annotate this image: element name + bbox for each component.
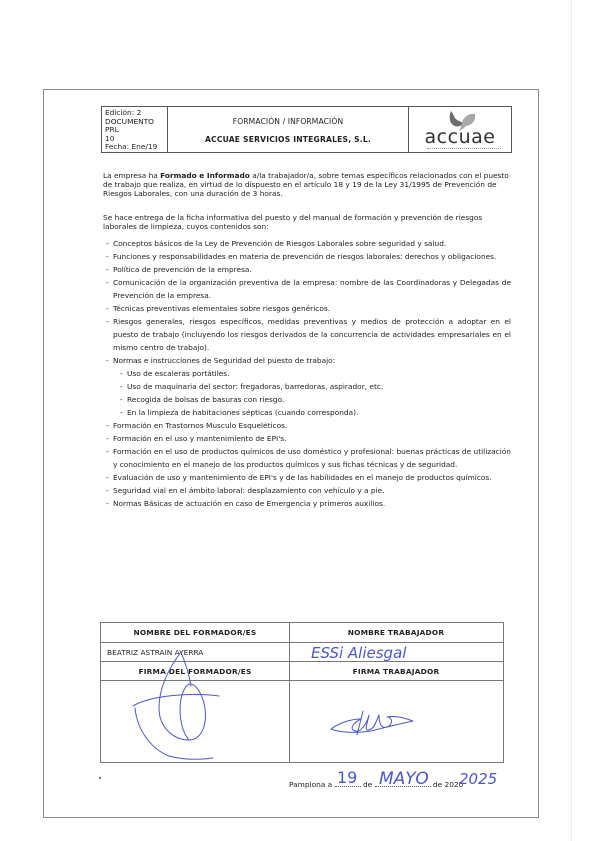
worker-signature-field[interactable] [289,681,503,762]
place-date-line: Pamplona a 19 de MAYO de 2020 2025 [289,778,463,789]
list-item: -Funciones y responsabilidades en materi… [106,250,511,263]
list-item: -Seguridad vial en el ámbito laboral: de… [106,484,511,497]
trainer-signature-header: FIRMA DEL FORMADOR/ES [101,662,289,681]
intro-text-start: La empresa ha [103,171,160,180]
svg-text:ESSi Aliesgal: ESSi Aliesgal [311,644,407,662]
list-item: -Formación en Trastornos Musculo Esquelé… [106,419,511,432]
day-field[interactable]: 19 [335,778,361,787]
intro-paragraph: La empresa ha Formado e Informado a/la t… [103,171,513,198]
intro-bold-text: Formado e Informado [160,171,250,180]
list-item: -Conceptos básicos de la Ley de Prevenci… [106,237,511,250]
place-prefix: Pamplona a [289,780,332,789]
list-item: -Normas e instrucciones de Seguridad del… [106,354,511,367]
document-meta: Edición: 2 DOCUMENTO PRL 10 Fecha: Ene/1… [102,107,168,152]
company-name: ACCUAE SERVICIOS INTEGRALES, S.L. [205,135,371,144]
company-logo: accuae [409,107,511,152]
sub-list-item: -Recogida de bolsas de basuras con riesg… [106,393,511,406]
document-header: Edición: 2 DOCUMENTO PRL 10 Fecha: Ene/1… [101,106,512,153]
scan-speck [99,777,101,779]
worker-name-field[interactable]: ESSi Aliesgal [289,643,503,662]
list-item: -Normas Básicas de actuación en caso de … [106,497,511,510]
trainer-signature-field[interactable] [101,681,289,762]
contents-intro: Se hace entrega de la ficha informativa … [103,213,513,231]
document-title: FORMACIÓN / INFORMACIÓN [233,117,343,126]
year-label: de 2020 2025 [433,780,463,789]
trainer-name-header: NOMBRE DEL FORMADOR/ES [101,623,289,643]
worker-name-header: NOMBRE TRABAJADOR [289,623,503,643]
signature-table: NOMBRE DEL FORMADOR/ES BEATRIZ ASTRAIN A… [100,622,504,763]
list-item: -Riesgos generales, riesgos específicos,… [106,315,511,354]
de-label: de [363,780,372,789]
sub-list-item: -En la limpieza de habitaciones sépticas… [106,406,511,419]
worker-signature-header: FIRMA TRABAJADOR [289,662,503,681]
month-field[interactable]: MAYO [375,778,431,787]
list-item: -Política de prevención de la empresa. [106,263,511,276]
logo-tagline [427,148,501,151]
worker-name-handwriting: ESSi Aliesgal [311,643,481,662]
document-label: DOCUMENTO PRL [105,118,167,135]
scan-edge [571,0,572,841]
worker-column: NOMBRE TRABAJADOR ESSi Aliesgal FIRMA TR… [289,623,503,762]
sub-list-item: -Uso de maquinaria del sector: fregadora… [106,380,511,393]
logo-wordmark: accuae [409,128,511,147]
list-item: -Formación en el uso de productos químic… [106,445,511,471]
list-item: -Técnicas preventivas elementales sobre … [106,302,511,315]
trainer-name: BEATRIZ ASTRAIN AYERRA [101,643,289,662]
date-label: Fecha: Ene/19 [105,143,167,152]
contents-list: -Conceptos básicos de la Ley de Prevenci… [106,237,511,510]
trainer-column: NOMBRE DEL FORMADOR/ES BEATRIZ ASTRAIN A… [101,623,290,762]
document-title-cell: FORMACIÓN / INFORMACIÓN ACCUAE SERVICIOS… [168,107,409,152]
list-item: -Formación en el uso y mantenimiento de … [106,432,511,445]
worker-signature-icon [327,701,417,741]
sub-list-item: -Uso de escaleras portátiles. [106,367,511,380]
list-item: -Evaluación de uso y mantenimiento de EP… [106,471,511,484]
list-item: -Comunicación de la organización prevent… [106,276,511,302]
